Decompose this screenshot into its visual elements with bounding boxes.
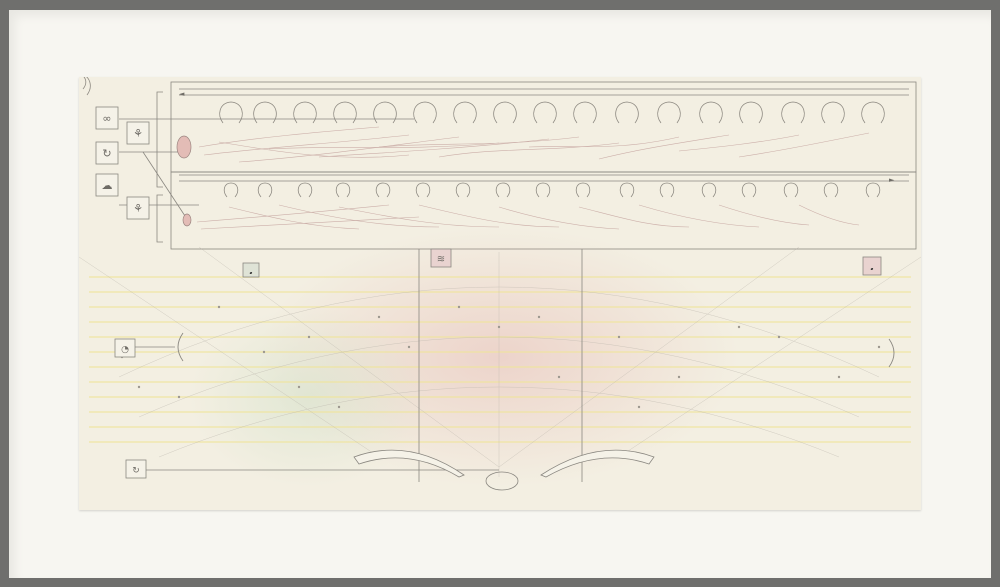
- marker-right-icon: 𝅘: [870, 262, 873, 273]
- circle-arrow-icon: ↻: [102, 147, 111, 160]
- arrow-left-icon: ◄: [179, 90, 185, 98]
- marker-left-icon: 𝅘: [249, 266, 252, 277]
- oval-small: [183, 214, 191, 226]
- marker-center-icon: ≋: [437, 254, 445, 265]
- plant-icon: ⚘: [133, 127, 143, 140]
- arrow-right-icon: ►: [889, 176, 895, 184]
- row1-heads: [79, 77, 884, 123]
- oval-large: [177, 136, 191, 158]
- row2-strokes: [197, 205, 859, 229]
- drawing-canvas: ◄ ► ∞ ⚘ ↻ ☁ ⚘: [79, 77, 921, 510]
- eyes-icon: ∞: [102, 112, 111, 125]
- plant-icon-2: ⚘: [133, 202, 143, 215]
- row1-strokes: [199, 127, 869, 162]
- rotate-icon: ↻: [132, 466, 140, 476]
- cloud-icon: ☁: [102, 179, 113, 192]
- ear-icon: ◔: [121, 345, 129, 355]
- lower-panel: 𝅘 ≋ 𝅘 ◔ ↻: [79, 227, 921, 490]
- drawing-paper: ◄ ► ∞ ⚘ ↻ ☁ ⚘: [79, 77, 921, 510]
